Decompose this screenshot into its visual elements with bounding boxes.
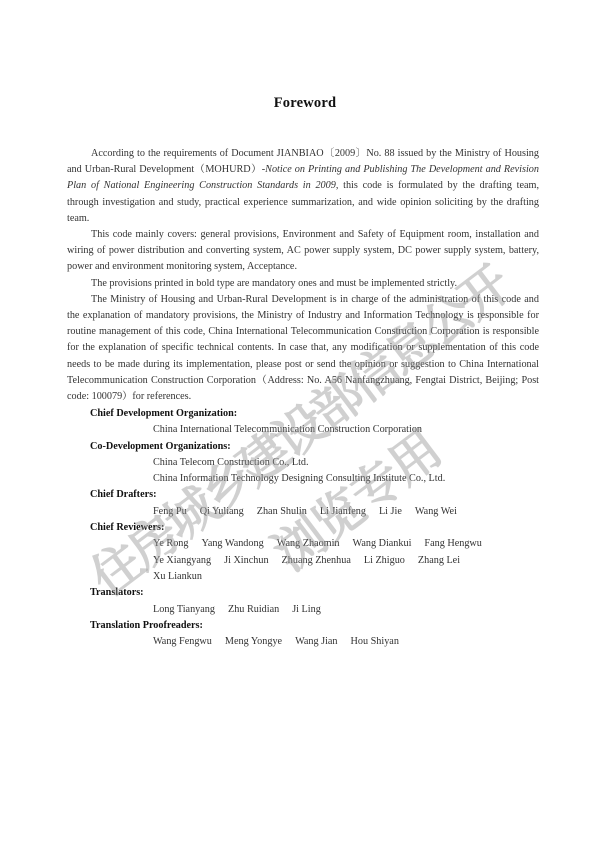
co-development-organizations-heading: Co-Development Organizations: [90, 439, 540, 455]
paragraph-2: This code mainly covers: general provisi… [67, 227, 539, 276]
person-name: Li Jie [379, 506, 402, 517]
paragraph-4: The Ministry of Housing and Urban-Rural … [67, 292, 539, 405]
person-name: Zhuang Zhenhua [282, 555, 351, 566]
person-name: Li Jianfeng [320, 506, 366, 517]
chief-drafters-heading: Chief Drafters: [90, 487, 540, 503]
page-title: Foreword [0, 95, 600, 112]
person-name: Ji Ling [292, 604, 321, 615]
chief-reviewers-row: Ye XiangyangJi XinchunZhuang ZhenhuaLi Z… [90, 553, 540, 569]
paragraph-3: The provisions printed in bold type are … [67, 276, 539, 292]
person-name: Li Zhiguo [364, 555, 405, 566]
co-development-organization: China Information Technology Designing C… [90, 471, 540, 487]
proofreaders-heading: Translation Proofreaders: [90, 618, 540, 634]
person-name: Ye Rong [153, 538, 188, 549]
chief-development-organization-heading: Chief Development Organization: [90, 406, 540, 422]
person-name: Wang Jian [295, 636, 337, 647]
person-name: Meng Yongye [225, 636, 282, 647]
person-name: Hou Shiyan [351, 636, 399, 647]
document-page: Foreword According to the requirements o… [0, 0, 600, 849]
chief-reviewers-row: Ye RongYang WandongWang ZhaominWang Dian… [90, 536, 540, 552]
translators-names: Long TianyangZhu RuidianJi Ling [90, 602, 540, 618]
co-development-organization: China Telecom Construction Co., Ltd. [90, 455, 540, 471]
person-name: Wang Zhaomin [277, 538, 340, 549]
person-name: Qi Yuliang [200, 506, 244, 517]
chief-reviewers-row: Xu Liankun [90, 569, 540, 585]
person-name: Wang Diankui [353, 538, 412, 549]
chief-development-organization: China International Telecommunication Co… [90, 422, 540, 438]
person-name: Long Tianyang [153, 604, 215, 615]
chief-reviewers-heading: Chief Reviewers: [90, 520, 540, 536]
person-name: Fang Hengwu [424, 538, 481, 549]
person-name: Zhu Ruidian [228, 604, 279, 615]
translators-heading: Translators: [90, 585, 540, 601]
foreword-body: According to the requirements of Documen… [67, 146, 539, 405]
credits-section: Chief Development Organization: China In… [90, 406, 540, 650]
person-name: Ye Xiangyang [153, 555, 211, 566]
person-name: Wang Fengwu [153, 636, 212, 647]
chief-drafters-names: Feng PuQi YuliangZhan ShulinLi JianfengL… [90, 504, 540, 520]
person-name: Zhan Shulin [257, 506, 307, 517]
person-name: Yang Wandong [201, 538, 263, 549]
person-name: Xu Liankun [153, 571, 202, 582]
person-name: Zhang Lei [418, 555, 460, 566]
person-name: Feng Pu [153, 506, 187, 517]
person-name: Wang Wei [415, 506, 457, 517]
paragraph-1: According to the requirements of Documen… [67, 146, 539, 227]
proofreaders-names: Wang FengwuMeng YongyeWang JianHou Shiya… [90, 634, 540, 650]
person-name: Ji Xinchun [224, 555, 268, 566]
